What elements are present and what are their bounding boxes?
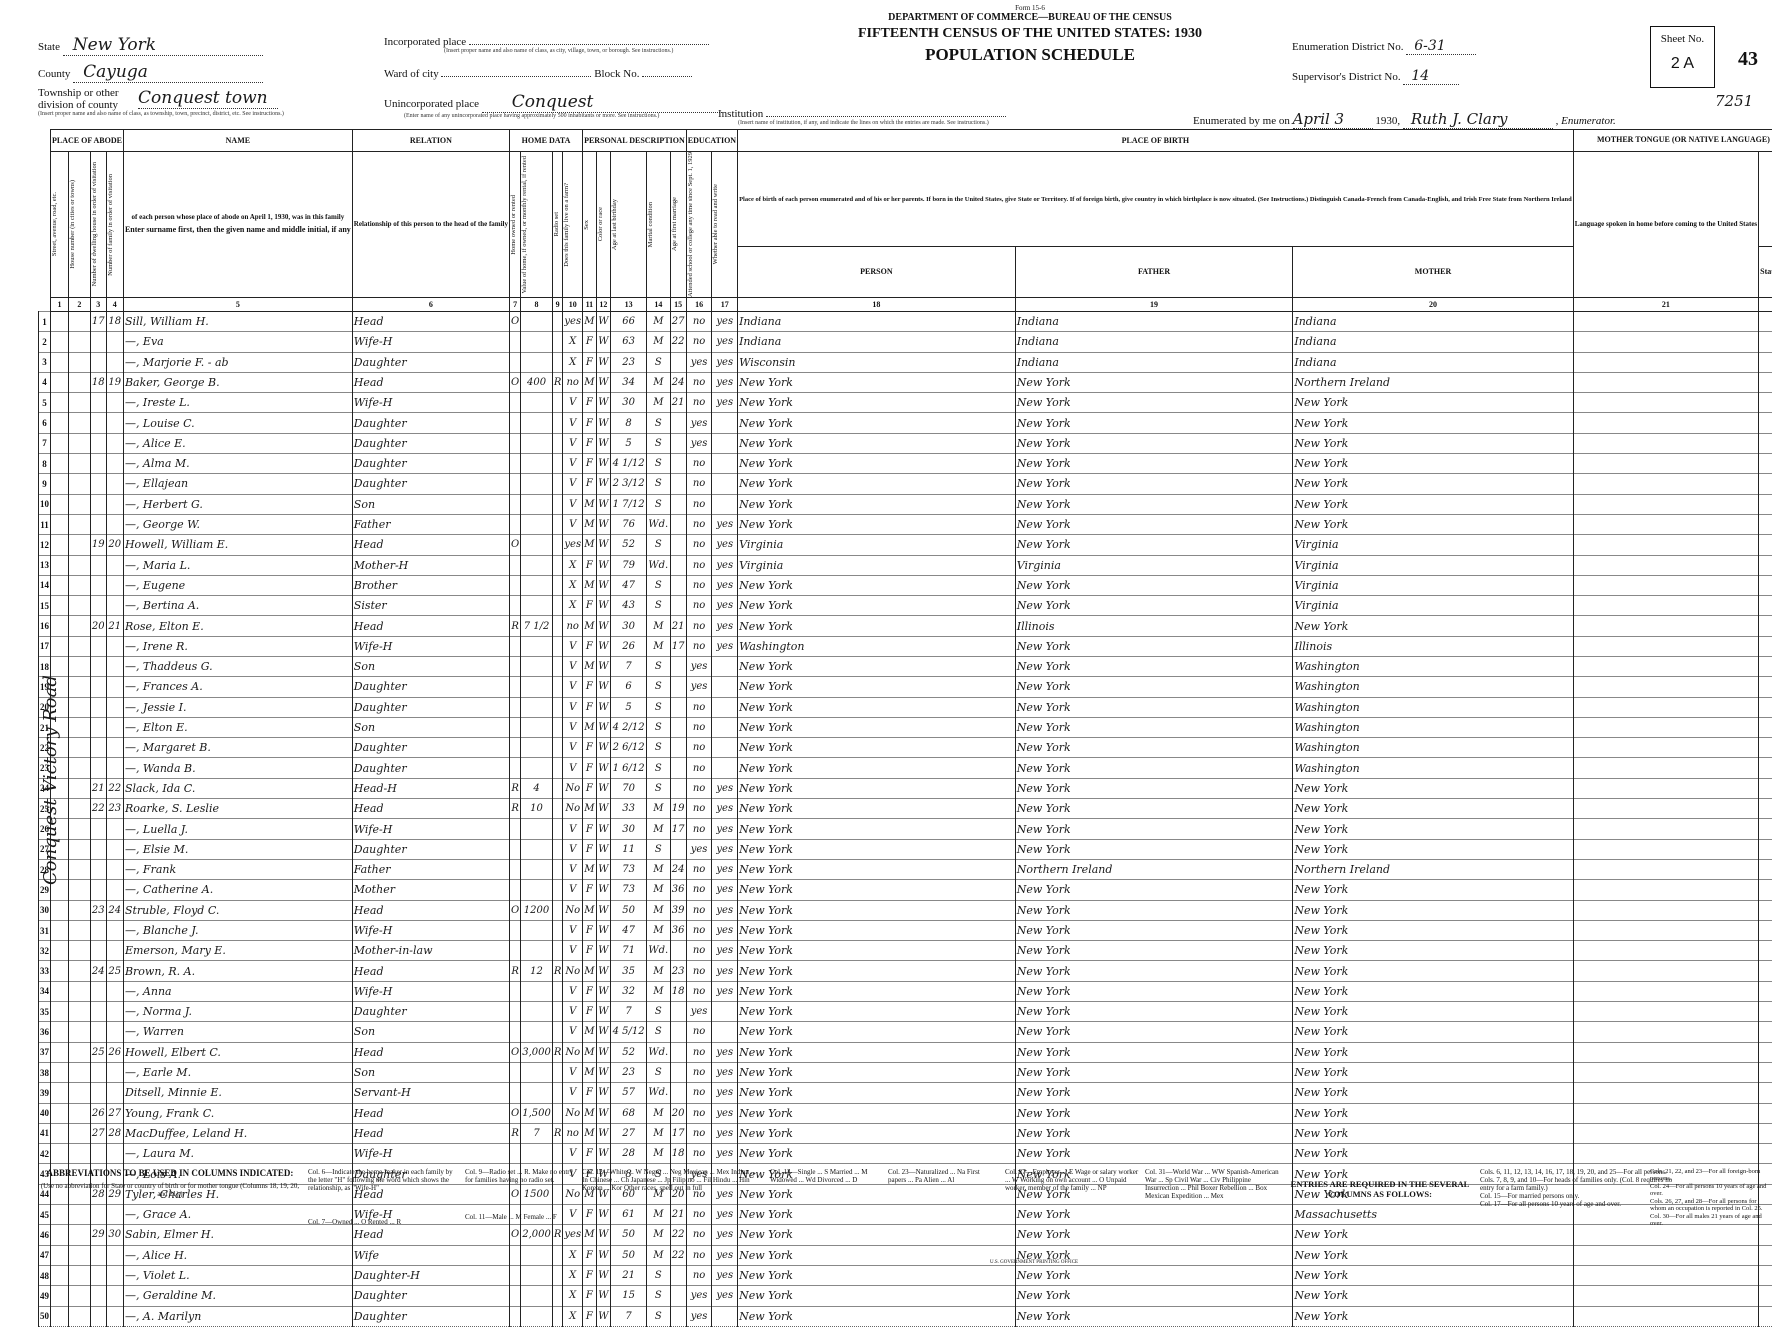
cell-race: W xyxy=(596,332,610,352)
cell-age: 70 xyxy=(611,778,647,798)
cell-read xyxy=(712,1002,738,1022)
cell-rel: Head xyxy=(352,1123,509,1143)
cell-sex: F xyxy=(583,636,597,656)
cell-pob: Virginia xyxy=(738,555,1016,575)
cell-sch: no xyxy=(686,1225,712,1245)
cell-radio xyxy=(552,1265,563,1285)
cell-rel: Mother-H xyxy=(352,555,509,575)
cell-read xyxy=(712,1022,738,1042)
cell-fpob: New York xyxy=(1015,961,1293,981)
cell-agem: 19 xyxy=(670,799,686,819)
cell-dw: 20 xyxy=(90,616,106,636)
cell-radio xyxy=(552,657,563,677)
cell-rel: Daughter-H xyxy=(352,1265,509,1285)
cell-pob: New York xyxy=(738,372,1016,392)
cell-lang xyxy=(1573,616,1758,636)
cell-pob: New York xyxy=(738,514,1016,534)
cell-age: 4 5/12 xyxy=(611,1022,647,1042)
cell-sch: no xyxy=(686,555,712,575)
cell-name: —, Elsie M. xyxy=(123,839,352,859)
line-number: 46 xyxy=(39,1225,51,1245)
cell-mpob: Virginia xyxy=(1293,555,1573,575)
cell-sch: no xyxy=(686,1103,712,1123)
line-number: 50 xyxy=(39,1306,51,1326)
cell-radio xyxy=(552,636,563,656)
cell-cA: 56 xyxy=(1759,413,1772,433)
cell-cA: 56 xyxy=(1759,981,1772,1001)
township-note: (Insert proper name and also name of cla… xyxy=(38,111,248,117)
cell-fpob: New York xyxy=(1015,880,1293,900)
cell-mar: S xyxy=(647,1002,671,1022)
cell-name: Howell, William E. xyxy=(123,535,352,555)
cell-fpob: New York xyxy=(1015,738,1293,758)
cell-race: W xyxy=(596,1225,610,1245)
cell-house xyxy=(68,778,90,798)
cell-name: —, Alice H. xyxy=(123,1245,352,1265)
column-number: 1 xyxy=(51,297,69,311)
cell-radio xyxy=(552,920,563,940)
cell-read xyxy=(712,474,738,494)
cell-fam xyxy=(106,1265,123,1285)
table-row: 252223Roarke, S. LeslieHeadR10NoMW33M19n… xyxy=(39,799,1772,819)
cell-fpob: New York xyxy=(1015,1062,1293,1082)
cell-name: —, Frank xyxy=(123,859,352,879)
cell-sex: F xyxy=(583,433,597,453)
cell-sch: no xyxy=(686,697,712,717)
cell-val xyxy=(521,738,553,758)
cell-house xyxy=(68,961,90,981)
cell-cA: 56 xyxy=(1759,616,1772,636)
cell-dw xyxy=(90,1022,106,1042)
cell-sex: M xyxy=(583,1042,597,1062)
cell-radio xyxy=(552,1002,563,1022)
table-row: 121920Howell, William E.HeadOyesMW52Snoy… xyxy=(39,535,1772,555)
cell-farm: No xyxy=(563,961,583,981)
cell-cA: 56 xyxy=(1759,880,1772,900)
cell-dw xyxy=(90,474,106,494)
cell-mpob: Washington xyxy=(1293,677,1573,697)
col8-head: Value of home, if owned, or monthly rent… xyxy=(522,156,529,294)
cell-age: 50 xyxy=(611,1245,647,1265)
cell-lang xyxy=(1573,596,1758,616)
cell-agem: 23 xyxy=(670,961,686,981)
cell-pob: New York xyxy=(738,1205,1016,1225)
cell-name: —, Wanda B. xyxy=(123,758,352,778)
cell-sch: yes xyxy=(686,433,712,453)
cell-own xyxy=(510,636,521,656)
county-label: County xyxy=(38,68,70,80)
cell-pob: New York xyxy=(738,657,1016,677)
cell-lang xyxy=(1573,839,1758,859)
cell-mar: S xyxy=(647,575,671,595)
cell-cA: 56 xyxy=(1759,1265,1772,1285)
cell-cA: 56 xyxy=(1759,514,1772,534)
cell-lang xyxy=(1573,413,1758,433)
cell-sch: yes xyxy=(686,352,712,372)
cell-radio xyxy=(552,819,563,839)
cell-read xyxy=(712,657,738,677)
cell-agem xyxy=(670,941,686,961)
cell-rel: Wife-H xyxy=(352,393,509,413)
cell-radio xyxy=(552,1184,563,1204)
cell-mar: M xyxy=(647,636,671,656)
cell-sex: F xyxy=(583,1306,597,1326)
cell-mar: M xyxy=(647,981,671,1001)
cell-race: W xyxy=(596,1306,610,1326)
cell-fam: 25 xyxy=(106,961,123,981)
cell-sch: no xyxy=(686,1042,712,1062)
cell-age: 26 xyxy=(611,636,647,656)
cell-sex: M xyxy=(583,900,597,920)
cell-house xyxy=(68,657,90,677)
cell-pob: New York xyxy=(738,981,1016,1001)
column-number: 18 xyxy=(738,297,1016,311)
cell-read: yes xyxy=(712,819,738,839)
line-number: 37 xyxy=(39,1042,51,1062)
cell-mpob: New York xyxy=(1293,880,1573,900)
cell-dw xyxy=(90,839,106,859)
cell-farm: V xyxy=(563,636,583,656)
cell-dw xyxy=(90,1205,106,1225)
table-row: 32Emerson, Mary E.Mother-in-lawVFW71Wd.n… xyxy=(39,941,1772,961)
cell-sex: F xyxy=(583,1245,597,1265)
cell-lang xyxy=(1573,311,1758,331)
cell-race: W xyxy=(596,1245,610,1265)
cell-fpob: New York xyxy=(1015,1002,1293,1022)
cell-dw: 23 xyxy=(90,900,106,920)
cell-own: O xyxy=(510,1103,521,1123)
cell-lang xyxy=(1573,433,1758,453)
cell-val: 12 xyxy=(521,961,553,981)
cell-radio xyxy=(552,1144,563,1164)
cell-race: W xyxy=(596,596,610,616)
cell-house xyxy=(68,1042,90,1062)
cell-sch: no xyxy=(686,981,712,1001)
cell-rel: Daughter xyxy=(352,352,509,372)
group-personal: PERSONAL DESCRIPTION xyxy=(583,130,687,152)
cell-val xyxy=(521,981,553,1001)
cell-street xyxy=(51,413,69,433)
table-row: 14—, EugeneBrotherXMW47SnoyesNew YorkNew… xyxy=(39,575,1772,595)
cell-agem xyxy=(670,1306,686,1326)
cell-age: 76 xyxy=(611,514,647,534)
cell-radio: R xyxy=(552,1225,563,1245)
cell-age: 33 xyxy=(611,799,647,819)
cell-fam: 21 xyxy=(106,616,123,636)
cell-street xyxy=(51,352,69,372)
cell-fam xyxy=(106,1306,123,1326)
cell-farm: V xyxy=(563,474,583,494)
cell-fpob: New York xyxy=(1015,1306,1293,1326)
cell-read: yes xyxy=(712,393,738,413)
cell-farm: V xyxy=(563,941,583,961)
cell-val xyxy=(521,758,553,778)
table-row: 19—, Frances A.DaughterVFW6SyesNew YorkN… xyxy=(39,677,1772,697)
cell-age: 34 xyxy=(611,372,647,392)
cell-radio xyxy=(552,677,563,697)
cell-fam xyxy=(106,1144,123,1164)
cell-cA: 56 xyxy=(1759,859,1772,879)
cell-mpob: New York xyxy=(1293,839,1573,859)
cell-fam xyxy=(106,1205,123,1225)
cell-pob: New York xyxy=(738,1123,1016,1143)
cell-lang xyxy=(1573,657,1758,677)
cell-read: yes xyxy=(712,575,738,595)
cell-radio xyxy=(552,535,563,555)
column-number: 19 xyxy=(1015,297,1293,311)
cell-race: W xyxy=(596,920,610,940)
cell-sch: yes xyxy=(686,677,712,697)
cell-house xyxy=(68,1225,90,1245)
cell-radio xyxy=(552,880,563,900)
cell-sex: F xyxy=(583,778,597,798)
cell-lang xyxy=(1573,1083,1758,1103)
corner-note: 7251 xyxy=(1715,92,1753,110)
cell-mpob: New York xyxy=(1293,1245,1573,1265)
cell-own xyxy=(510,839,521,859)
cell-mar: M xyxy=(647,880,671,900)
cell-dw: 21 xyxy=(90,778,106,798)
cell-read xyxy=(712,697,738,717)
cell-dw xyxy=(90,1245,106,1265)
cell-radio xyxy=(552,941,563,961)
cell-race: W xyxy=(596,433,610,453)
cell-name: —, Maria L. xyxy=(123,555,352,575)
cell-farm: V xyxy=(563,819,583,839)
cell-sex: M xyxy=(583,1022,597,1042)
cell-mpob: Indiana xyxy=(1293,332,1573,352)
unincorporated-label: Unincorporated place xyxy=(384,98,479,110)
cell-dw: 27 xyxy=(90,1123,106,1143)
cell-agem xyxy=(670,1042,686,1062)
cell-pob: New York xyxy=(738,1144,1016,1164)
cell-farm: no xyxy=(563,1123,583,1143)
cell-farm: V xyxy=(563,413,583,433)
cell-house xyxy=(68,575,90,595)
cell-pob: New York xyxy=(738,859,1016,879)
cell-pob: New York xyxy=(738,920,1016,940)
cell-cA: 56 xyxy=(1759,575,1772,595)
cell-radio xyxy=(552,433,563,453)
cell-pob: New York xyxy=(738,433,1016,453)
cell-own xyxy=(510,352,521,372)
cell-name: —, Eugene xyxy=(123,575,352,595)
cell-sch: yes xyxy=(686,413,712,433)
cell-sch: no xyxy=(686,332,712,352)
group-relation: RELATION xyxy=(352,130,509,152)
cell-val xyxy=(521,1245,553,1265)
cell-street xyxy=(51,474,69,494)
cell-val: 1500 xyxy=(521,1184,553,1204)
cell-house xyxy=(68,859,90,879)
cell-mar: S xyxy=(647,717,671,737)
cell-read: yes xyxy=(712,1042,738,1062)
cell-fam xyxy=(106,717,123,737)
cell-mpob: New York xyxy=(1293,474,1573,494)
table-row: 372526Howell, Elbert C.HeadO3,000RNoMW52… xyxy=(39,1042,1772,1062)
cell-radio xyxy=(552,596,563,616)
cell-agem xyxy=(670,433,686,453)
cell-mar: Wd. xyxy=(647,1083,671,1103)
cell-sch: no xyxy=(686,393,712,413)
cell-mpob: New York xyxy=(1293,1144,1573,1164)
table-row: 35—, Norma J.DaughterVFW7SyesNew YorkNew… xyxy=(39,1002,1772,1022)
cell-cA: 74 xyxy=(1759,535,1772,555)
table-row: 10—, Herbert G.SonVMW1 7/12SnoNew YorkNe… xyxy=(39,494,1772,514)
cell-agem xyxy=(670,717,686,737)
cell-farm: V xyxy=(563,880,583,900)
cell-street xyxy=(51,1306,69,1326)
cell-dw xyxy=(90,920,106,940)
footer-col6: Col. 6—Indicate the home-maker in each f… xyxy=(308,1168,458,1192)
cell-rel: Brother xyxy=(352,575,509,595)
cell-sex: F xyxy=(583,941,597,961)
cell-rel: Daughter xyxy=(352,1286,509,1306)
cell-own xyxy=(510,413,521,433)
cell-agem xyxy=(670,839,686,859)
cell-fpob: Indiana xyxy=(1015,311,1293,331)
cell-pob: New York xyxy=(738,738,1016,758)
cell-house xyxy=(68,413,90,433)
cell-read: yes xyxy=(712,1123,738,1143)
col18-head: PERSON xyxy=(738,247,1016,298)
footer-col31: Col. 31—World War ... WW Spanish-America… xyxy=(1145,1168,1280,1200)
abbrev-title: ABBREVIATIONS TO BE USED IN COLUMNS INDI… xyxy=(40,1168,300,1178)
cell-own xyxy=(510,880,521,900)
cell-rel: Daughter xyxy=(352,677,509,697)
cell-pob: New York xyxy=(738,839,1016,859)
cell-farm: No xyxy=(563,778,583,798)
group-name: NAME xyxy=(123,130,352,152)
cell-rel: Son xyxy=(352,717,509,737)
cell-rel: Head xyxy=(352,1225,509,1245)
cell-sex: F xyxy=(583,555,597,575)
cell-pob: New York xyxy=(738,819,1016,839)
cell-mar: M xyxy=(647,1123,671,1143)
cell-name: —, Eva xyxy=(123,332,352,352)
cell-own xyxy=(510,677,521,697)
cell-pob: New York xyxy=(738,1225,1016,1245)
cell-street xyxy=(51,1103,69,1123)
cell-sex: M xyxy=(583,372,597,392)
cell-lang xyxy=(1573,1265,1758,1285)
cell-race: W xyxy=(596,454,610,474)
cell-cA: 56 xyxy=(1759,920,1772,940)
cell-rel: Servant-H xyxy=(352,1083,509,1103)
cell-house xyxy=(68,941,90,961)
cell-fpob: Northern Ireland xyxy=(1015,859,1293,879)
cell-sch: no xyxy=(686,1022,712,1042)
cell-radio xyxy=(552,454,563,474)
cell-sch: no xyxy=(686,1062,712,1082)
cell-own xyxy=(510,941,521,961)
line-number: 38 xyxy=(39,1062,51,1082)
cell-val xyxy=(521,352,553,372)
cell-read: yes xyxy=(712,616,738,636)
cell-pob: New York xyxy=(738,1103,1016,1123)
cell-sch: no xyxy=(686,616,712,636)
cell-age: 71 xyxy=(611,941,647,961)
cell-fpob: New York xyxy=(1015,677,1293,697)
group-mother-tongue: MOTHER TONGUE (OR NATIVE LANGUAGE) OF FO… xyxy=(1573,130,1772,152)
cell-agem: 39 xyxy=(670,900,686,920)
cell-sex: F xyxy=(583,393,597,413)
cell-lang xyxy=(1573,717,1758,737)
cell-sex: M xyxy=(583,575,597,595)
column-number: 9 xyxy=(552,297,563,311)
cell-read: yes xyxy=(712,900,738,920)
cell-lang xyxy=(1573,1286,1758,1306)
cell-lang xyxy=(1573,454,1758,474)
cell-sch: no xyxy=(686,596,712,616)
cell-mpob: New York xyxy=(1293,819,1573,839)
cell-val xyxy=(521,575,553,595)
cell-sch: no xyxy=(686,474,712,494)
cell-race: W xyxy=(596,900,610,920)
cell-race: W xyxy=(596,738,610,758)
cell-rel: Daughter xyxy=(352,758,509,778)
cell-own xyxy=(510,697,521,717)
cell-fpob: New York xyxy=(1015,494,1293,514)
cell-radio xyxy=(552,1022,563,1042)
cell-age: 4 1/12 xyxy=(611,454,647,474)
cell-cA: 56 xyxy=(1759,494,1772,514)
cell-house xyxy=(68,1286,90,1306)
code-head: CODE xyxy=(1760,195,1772,204)
cell-sex: F xyxy=(583,1205,597,1225)
cell-mar: S xyxy=(647,433,671,453)
table-row: 7—, Alice E.DaughterVFW5SyesNew YorkNew … xyxy=(39,433,1772,453)
cell-cA: 96 xyxy=(1759,636,1772,656)
cell-pob: New York xyxy=(738,454,1016,474)
institution-label: Institution xyxy=(718,108,763,120)
cell-farm: X xyxy=(563,555,583,575)
cell-mar: S xyxy=(647,1286,671,1306)
cell-read: yes xyxy=(712,332,738,352)
cell-val xyxy=(521,555,553,575)
cell-farm: no xyxy=(563,616,583,636)
cell-mar: S xyxy=(647,535,671,555)
cell-sch: yes xyxy=(686,839,712,859)
cell-own xyxy=(510,454,521,474)
cell-age: 28 xyxy=(611,1144,647,1164)
cell-race: W xyxy=(596,941,610,961)
col21-head: Language spoken in home before coming to… xyxy=(1575,221,1757,229)
cell-own xyxy=(510,393,521,413)
cell-race: W xyxy=(596,1042,610,1062)
cell-sch: no xyxy=(686,758,712,778)
table-row: 23—, Wanda B.DaughterVFW1 6/12SnoNew Yor… xyxy=(39,758,1772,778)
cell-dw: 26 xyxy=(90,1103,106,1123)
line-number: 42 xyxy=(39,1144,51,1164)
cell-age: 73 xyxy=(611,880,647,900)
cell-house xyxy=(68,393,90,413)
cell-house xyxy=(68,819,90,839)
cell-race: W xyxy=(596,575,610,595)
cell-own: O xyxy=(510,311,521,331)
cell-lang xyxy=(1573,535,1758,555)
enumerated-year: 1930, xyxy=(1375,115,1400,127)
cell-val xyxy=(521,393,553,413)
cell-mar: S xyxy=(647,778,671,798)
cell-agem: 18 xyxy=(670,1144,686,1164)
cell-pob: New York xyxy=(738,596,1016,616)
cell-fam xyxy=(106,413,123,433)
cell-radio xyxy=(552,900,563,920)
cell-radio xyxy=(552,778,563,798)
cell-age: 57 xyxy=(611,1083,647,1103)
cell-race: W xyxy=(596,1022,610,1042)
